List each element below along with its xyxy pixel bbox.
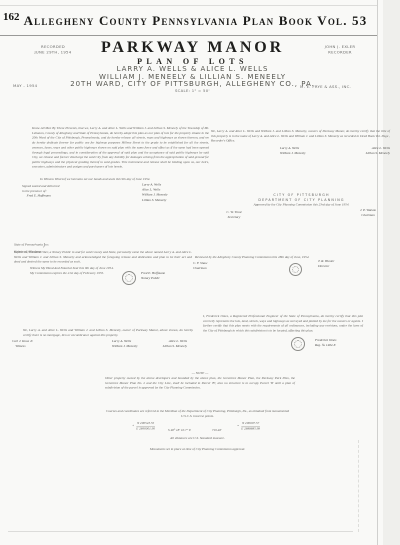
- city-chairman-signature: J. P. Watson Chairman: [348, 208, 388, 218]
- chairman-title: Chairman: [348, 213, 388, 218]
- county-director-signature: T. R. Hunter Director: [318, 259, 358, 269]
- location-line: 20TH WARD, CITY OF PITTSBURGH, ALLEGHENY…: [30, 80, 355, 88]
- note-paragraph: Other property owned by the above develo…: [105, 376, 295, 390]
- mortgage-witness: Carl J. Knox Jr. Witness: [12, 339, 72, 349]
- presence-witness-signature: Fred E. Hoffmann: [27, 194, 102, 199]
- coordinate-from: + N 290543.55 E 2890001.90: [132, 421, 172, 431]
- page-edge-band: [383, 0, 400, 545]
- northing-from: N 290543.55: [136, 421, 155, 426]
- right-edge-line: [377, 0, 378, 545]
- monuments-note: Monuments set in place at time of City P…: [100, 447, 295, 452]
- chairman-title: Chairman: [193, 266, 233, 271]
- notary-signature: Fred E. Hoffmann Notary Public: [141, 271, 191, 281]
- mortgage-signatures: Larry A. Wells Alice L. Wells William J.…: [112, 339, 187, 349]
- signature: Lillian S. Meneely: [163, 344, 187, 349]
- mortgage-certificate-paragraph: We, Larry A. and Alice L. Wells and Will…: [23, 328, 193, 338]
- bottom-edge-line: [8, 531, 353, 532]
- courses-note: Courses and coordinates are referred to …: [100, 409, 295, 419]
- plan-book-page: 162 Allegheny County Pennsylvania Plan B…: [0, 0, 400, 545]
- city-approval-text: Approved by the City Planning Commission…: [213, 203, 390, 208]
- header-underline: [0, 35, 378, 36]
- plan-title: PARKWAY MANOR: [60, 39, 325, 57]
- county-chairman-signature: C. F. Shaw Chairman: [193, 261, 233, 271]
- state-line: State of Pennsylvania: [14, 243, 43, 247]
- signature: William J. Meneely: [280, 151, 306, 156]
- title-certificate-paragraph: We, Larry A. and Alice L. Wells and Will…: [211, 129, 390, 143]
- engineer-registration-seal-icon: [291, 337, 305, 351]
- distances-note: All distances are U.S. Standard measure.: [100, 436, 295, 441]
- dedication-signatures: Larry A. Wells Alice L. Wells William J.…: [142, 182, 212, 203]
- top-edge-line: [0, 5, 378, 6]
- coordinate-to: = N 290007.57 E 2888885.98: [237, 421, 277, 431]
- easting-to: E 2888885.98: [241, 427, 260, 431]
- right-fold-line: [358, 440, 360, 532]
- plus-operator: +: [132, 424, 134, 429]
- northing-to: N 290007.57: [241, 421, 260, 426]
- presence-block: Signed sealed and delivered in the prese…: [22, 184, 102, 198]
- signature: Lillian S. Meneely: [142, 197, 212, 202]
- notary-paragraph: Before me, the subscriber, a Notary Publ…: [14, 250, 192, 264]
- engineer-signature: Frederick Omes Reg. № 1482-E: [315, 338, 365, 348]
- notary-seal-icon: [122, 271, 136, 285]
- notary-title: Notary Public: [141, 276, 191, 281]
- city-secretary-signature: C. W. Trout Secretary: [214, 210, 254, 220]
- bearing-value: S 48° 18' 10.7" E: [168, 428, 191, 432]
- witness-title: Witness: [15, 344, 72, 349]
- equals-operator: =: [237, 424, 239, 429]
- engineer-certificate-paragraph: I, Frederick Omes, a Registered Professi…: [203, 314, 363, 333]
- ss-abbrev: ss:: [45, 243, 49, 247]
- signature: William J. Meneely: [112, 344, 138, 349]
- distance-value: 719.46': [212, 428, 222, 432]
- city-approval-block: CITY OF PITTSBURGH DEPARTMENT OF CITY PL…: [213, 193, 390, 207]
- scale-note: SCALE: 1" = 50': [60, 89, 325, 94]
- secretary-title: Secretary: [214, 215, 254, 220]
- easting-from: E 2890001.90: [136, 427, 155, 431]
- plan-book-header: Allegheny County Pennsylvania Plan Book …: [14, 13, 377, 29]
- engineer-registration: Reg. № 1482-E: [315, 343, 365, 348]
- director-title: Director: [318, 264, 358, 269]
- title-certificate-signatures: Larry A. Wells Alice L. Wells William J.…: [280, 146, 390, 156]
- signature: Lillian S. Meneely: [366, 151, 390, 156]
- county-planning-seal-icon: [289, 263, 302, 276]
- dedication-paragraph: Know All Men By These Presents, that we,…: [32, 126, 209, 169]
